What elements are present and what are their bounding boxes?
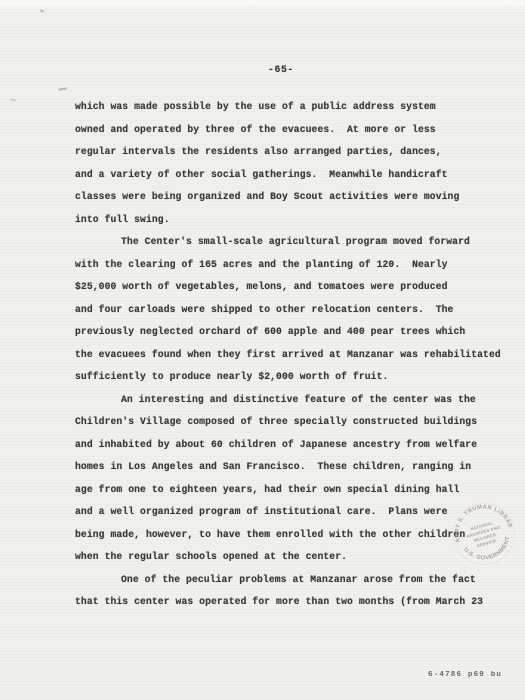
text-line: and a variety of other social gatherings… (75, 169, 515, 192)
text-line: previously neglected orchard of 600 appl… (75, 326, 515, 349)
text-line: An interesting and distinctive feature o… (75, 394, 515, 417)
text-line: into full swing. (75, 214, 515, 237)
text-line: Children's Village composed of three spe… (75, 416, 515, 439)
text-line: age from one to eighteen years, had thei… (75, 484, 515, 507)
text-line: when the regular schools opened at the c… (75, 551, 515, 574)
text-line: classes were being organized and Boy Sco… (75, 191, 515, 214)
text-line: regular intervals the residents also arr… (75, 146, 515, 169)
text-line: and inhabited by about 60 children of Ja… (75, 439, 515, 462)
text-line: sufficiently to produce nearly $2,000 wo… (75, 371, 515, 394)
text-line: The Center's small-scale agricultural pr… (75, 236, 515, 259)
text-line: One of the peculiar problems at Manzanar… (75, 574, 515, 597)
text-line: the evacuees found when they first arriv… (75, 349, 515, 372)
text-line: homes in Los Angeles and San Francisco. … (75, 461, 515, 484)
text-line: $25,000 worth of vegetables, melons, and… (75, 281, 515, 304)
text-line: which was made possible by the use of a … (75, 101, 515, 124)
scanned-document-page: -65- which was made possible by the use … (0, 0, 525, 700)
text-line: that this center was operated for more t… (75, 596, 515, 619)
pencil-mark (10, 98, 16, 101)
page-number: -65- (268, 64, 294, 75)
pencil-mark (40, 9, 44, 13)
pencil-mark (58, 87, 67, 90)
text-line: and four carloads were shipped to other … (75, 304, 515, 327)
text-line: owned and operated by three of the evacu… (75, 124, 515, 147)
text-line: with the clearing of 165 acres and the p… (75, 259, 515, 282)
catalog-code: 6-4786 p69 bu (428, 671, 502, 679)
